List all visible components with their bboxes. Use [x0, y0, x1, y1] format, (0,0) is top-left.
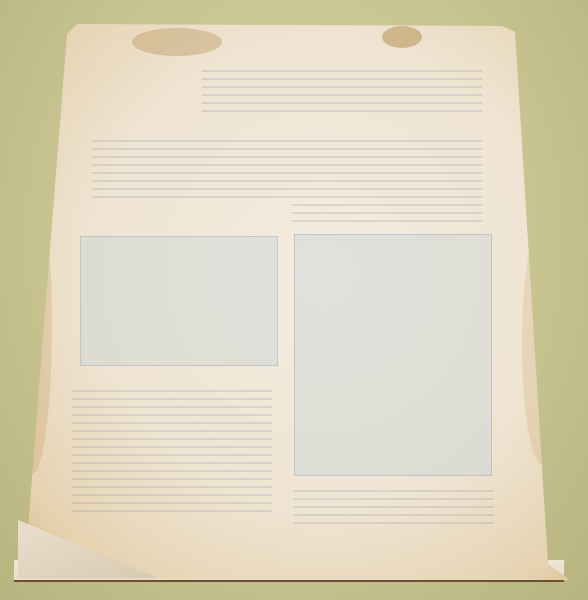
show-through-text — [294, 484, 494, 524]
show-through-text — [72, 384, 272, 514]
show-through-text — [202, 64, 482, 114]
show-through-picture-left — [80, 236, 278, 366]
show-through-picture-right — [294, 234, 492, 476]
show-through-text — [292, 134, 482, 224]
stain — [132, 28, 222, 56]
booklet-back-cover — [22, 24, 570, 580]
show-through-text — [92, 134, 292, 204]
stain — [382, 26, 422, 48]
